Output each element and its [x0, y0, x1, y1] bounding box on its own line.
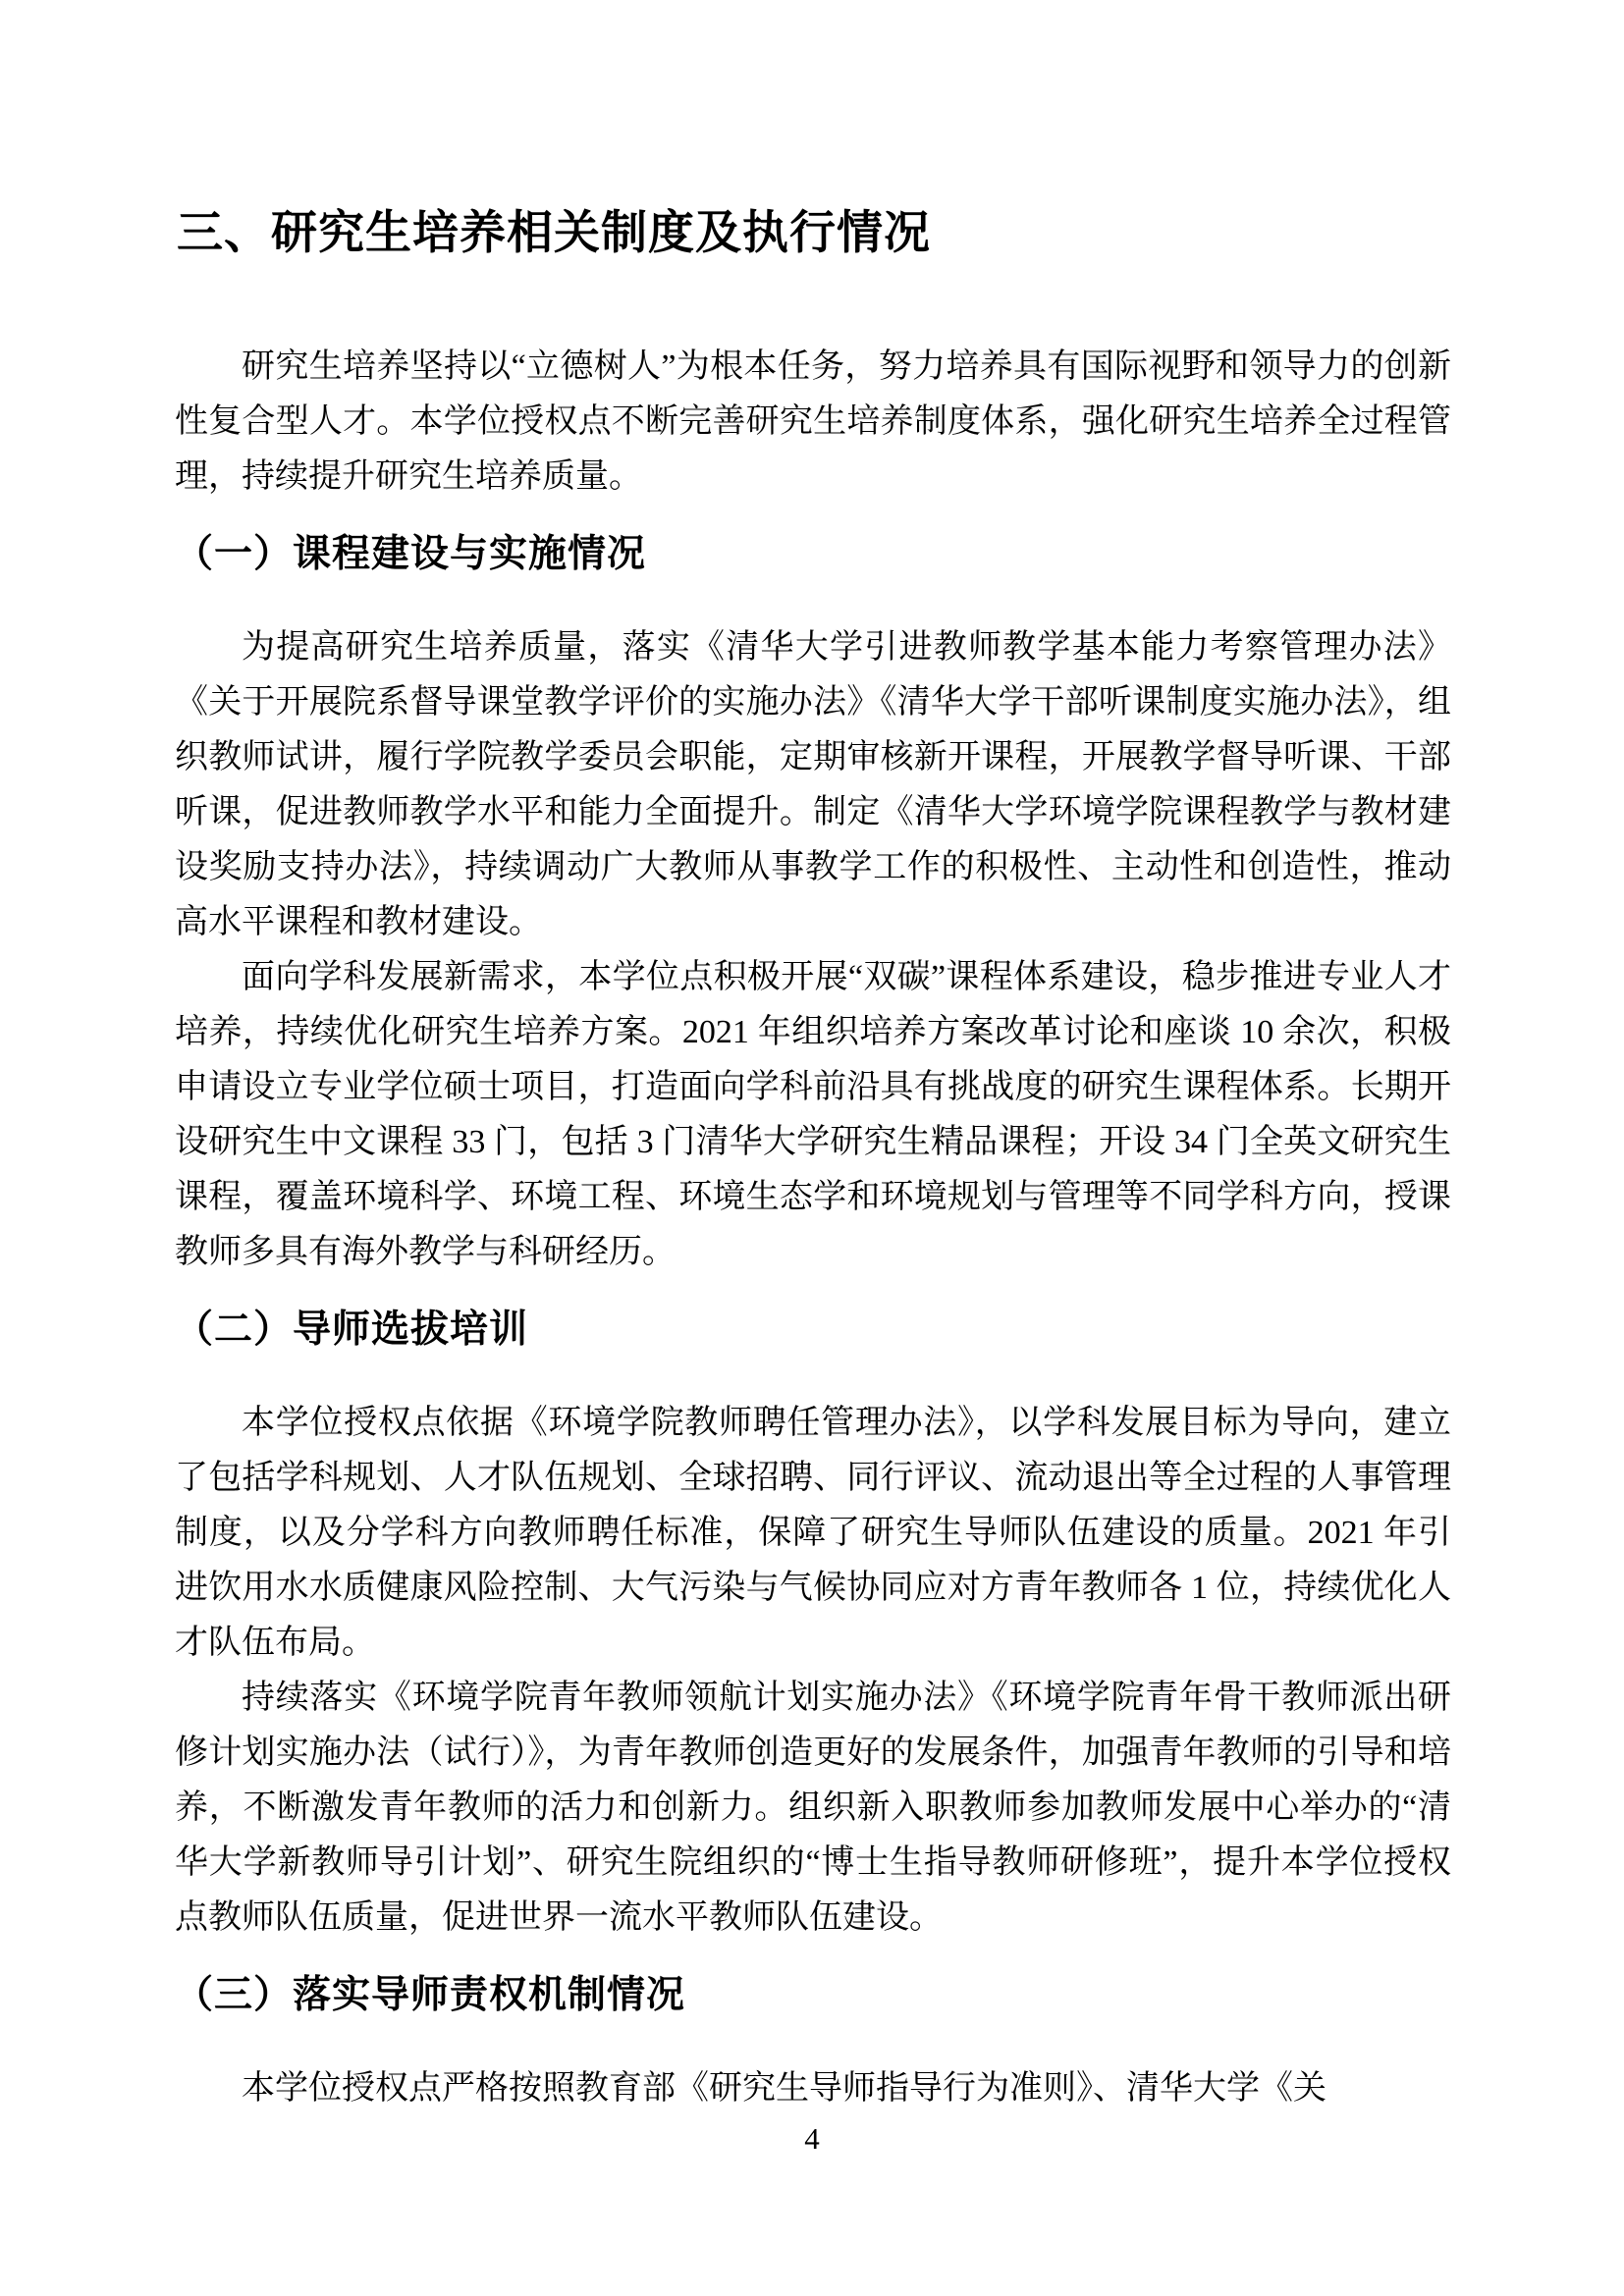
- document-page: 三、研究生培养相关制度及执行情况 研究生培养坚持以“立德树人”为根本任务，努力培…: [0, 0, 1624, 2296]
- section-3-paragraph-1: 本学位授权点严格按照教育部《研究生导师指导行为准则》、清华大学《关: [175, 2061, 1451, 2116]
- section-heading-3: （三）落实导师责权机制情况: [175, 1971, 1451, 2020]
- section-heading-2: （二）导师选拔培训: [175, 1306, 1451, 1355]
- section-heading-1: （一）课程建设与实施情况: [175, 530, 1451, 579]
- section-2-paragraph-1: 本学位授权点依据《环境学院教师聘任管理办法》，以学科发展目标为导向，建立了包括学…: [175, 1396, 1451, 1671]
- page-number: 4: [0, 2123, 1624, 2154]
- section-2-paragraph-2: 持续落实《环境学院青年教师领航计划实施办法》《环境学院青年骨干教师派出研修计划实…: [175, 1671, 1451, 1946]
- section-1-paragraph-1: 为提高研究生培养质量，落实《清华大学引进教师教学基本能力考察管理办法》《关于开展…: [175, 620, 1451, 950]
- intro-paragraph: 研究生培养坚持以“立德树人”为根本任务，努力培养具有国际视野和领导力的创新性复合…: [175, 340, 1451, 505]
- section-1-paragraph-2: 面向学科发展新需求，本学位点积极开展“双碳”课程体系建设，稳步推进专业人才培养，…: [175, 950, 1451, 1280]
- page-title: 三、研究生培养相关制度及执行情况: [177, 204, 1451, 261]
